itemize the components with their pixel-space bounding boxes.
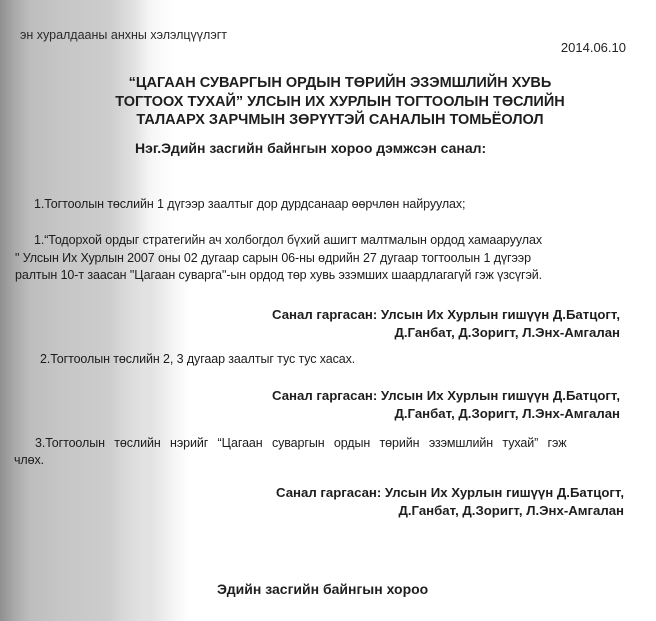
- paragraph-line: " Улсын Их Хурлын 2007 оны 02 дугаар сар…: [15, 250, 640, 268]
- proposer-line: Д.Ганбат, Д.Зоригт, Л.Энх-Амгалан: [204, 502, 624, 520]
- title-line: “ЦАГААН СУВАРГЫН ОРДЫН ТӨРИЙН ЭЗЭМШЛИЙН …: [60, 74, 620, 93]
- signature-committee: Эдийн засгийн байнгын хороо: [217, 581, 428, 597]
- scanned-page: эн хуралдааны анхны хэлэлцүүлэгт 2014.06…: [0, 0, 656, 621]
- proposer-block-3: Санал гаргасан: Улсын Их Хурлын гишүүн Д…: [204, 484, 624, 520]
- paragraph-line: члөх.: [14, 452, 624, 469]
- document-date: 2014.06.10: [561, 40, 626, 55]
- proposer-line: Санал гаргасан: Улсын Их Хурлын гишүүн Д…: [200, 306, 620, 324]
- proposer-block-1: Санал гаргасан: Улсын Их Хурлын гишүүн Д…: [200, 306, 620, 342]
- document-title: “ЦАГААН СУВАРГЫН ОРДЫН ТӨРИЙН ЭЗЭМШЛИЙН …: [60, 74, 620, 130]
- title-line: ТАЛААРХ ЗАРЧМЫН ЗӨРҮҮТЭЙ САНАЛЫН ТОМЬЁОЛ…: [60, 111, 620, 130]
- proposer-block-2: Санал гаргасан: Улсын Их Хурлын гишүүн Д…: [200, 387, 620, 423]
- paragraph-item-3: 3.Тогтоолын төслийн нэрийг “Цагаан сувар…: [14, 435, 624, 469]
- header-line: эн хуралдааны анхны хэлэлцүүлэгт: [20, 28, 227, 42]
- paragraph-item-1-amendment: 1.“Тодорхой ордыг стратегийн ач холбогдо…: [15, 232, 640, 285]
- proposer-line: Санал гаргасан: Улсын Их Хурлын гишүүн Д…: [200, 387, 620, 405]
- proposer-line: Д.Ганбат, Д.Зоригт, Л.Энх-Амгалан: [200, 324, 620, 342]
- section-heading: Нэг.Эдийн засгийн байнгын хороо дэмжсэн …: [135, 140, 486, 156]
- proposer-line: Санал гаргасан: Улсын Их Хурлын гишүүн Д…: [204, 484, 624, 502]
- paragraph-line: 3.Тогтоолын төслийн нэрийг “Цагаан сувар…: [14, 435, 624, 452]
- proposer-line: Д.Ганбат, Д.Зоригт, Л.Энх-Амгалан: [200, 405, 620, 423]
- paragraph-item-1: 1.Тогтоолын төслийн 1 дүгээр заалтыг дор…: [34, 197, 465, 211]
- paragraph-item-2: 2.Тогтоолын төслийн 2, 3 дугаар заалтыг …: [40, 352, 355, 366]
- paragraph-line: ралтын 10-т заасан "Цагаан суварга"-ын о…: [15, 267, 640, 285]
- title-line: ТОГТООХ ТУХАЙ” УЛСЫН ИХ ХУРЛЫН ТОГТООЛЫН…: [60, 93, 620, 112]
- paragraph-line: 1.“Тодорхой ордыг стратегийн ач холбогдо…: [15, 232, 640, 250]
